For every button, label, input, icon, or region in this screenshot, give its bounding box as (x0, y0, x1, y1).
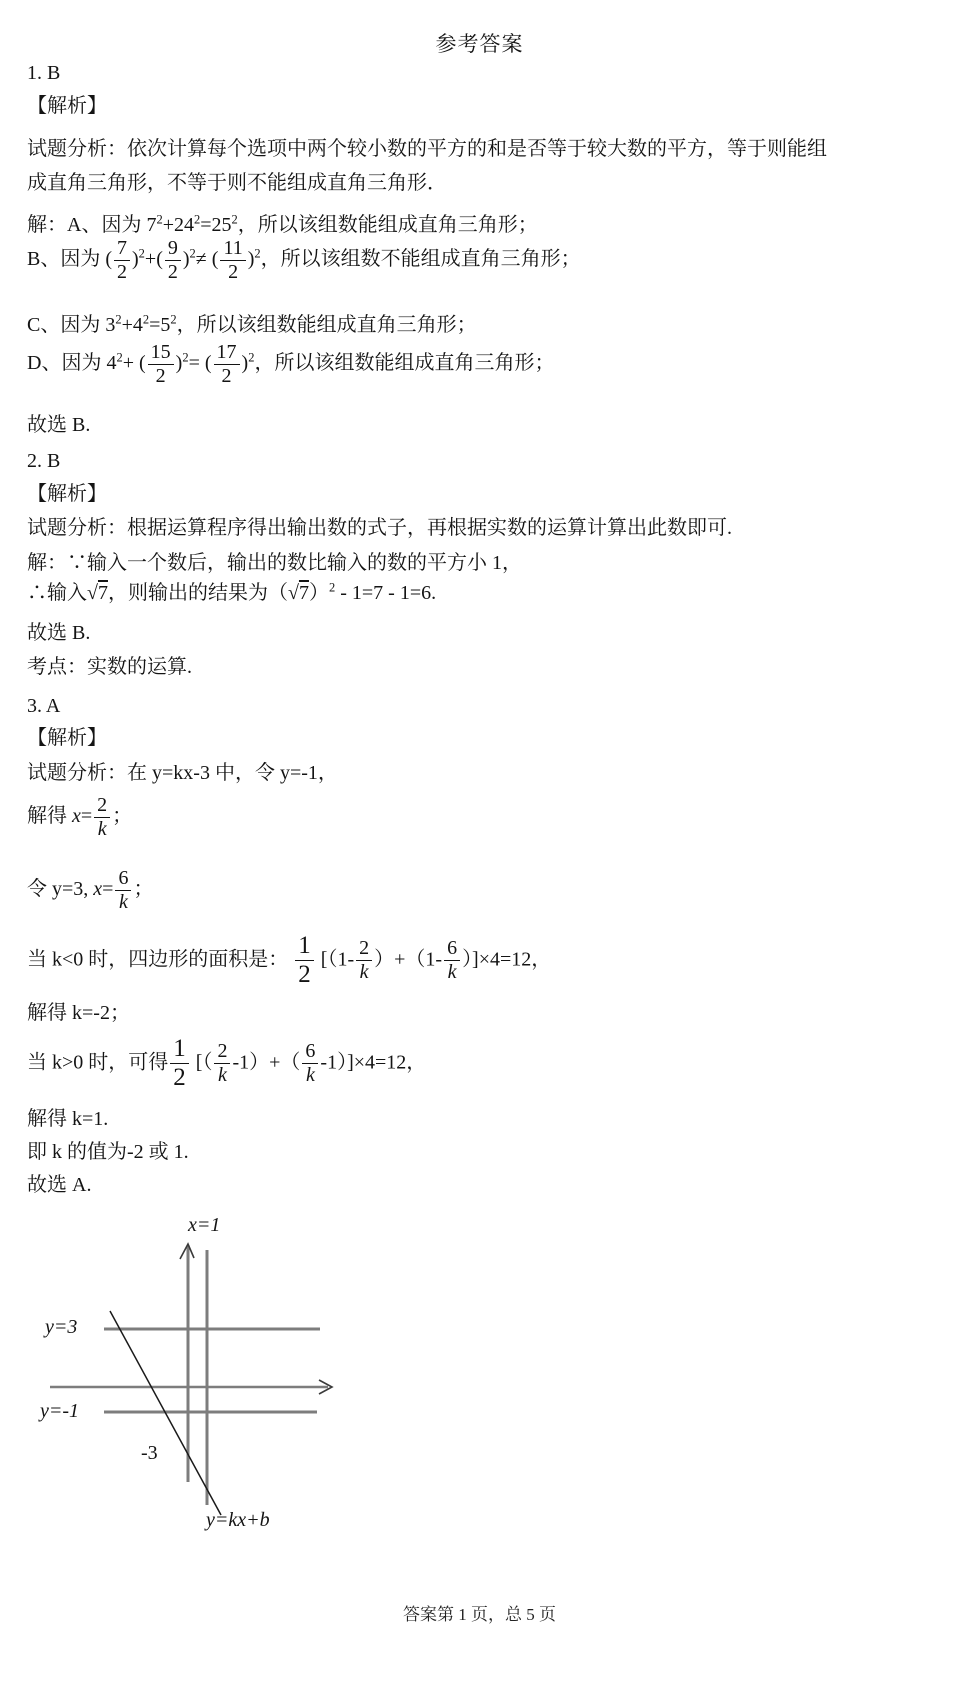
solve-k-positive: 解得 k=1. (27, 1106, 108, 1132)
answer-2: 2. B (27, 448, 60, 474)
label-y-equals-minus1: y=-1 (40, 1400, 79, 1423)
answer-1: 1. B (27, 60, 60, 86)
analysis-text-3: 试题分析：在 y=kx-3 中，令 y=-1， (27, 760, 338, 786)
solve-x-1: 解得 x=2k； (27, 795, 132, 840)
analysis-text-2: 试题分析：根据运算程序得出输出数的式子，再根据实数的运算计算出此数即可. (27, 515, 732, 541)
label-x-equals-1: x=1 (188, 1214, 220, 1237)
solution-option-b: B、因为 (72)2+(92)2≠ (112)2，所以该组数不能组成直角三角形； (27, 238, 581, 283)
label-y-equals-3: y=3 (45, 1316, 77, 1339)
area-equation-k-negative: 当 k<0 时，四边形的面积是： 12 [（1-2k）+（1-6k）]×4=12… (27, 933, 551, 989)
analysis-text-1a: 试题分析：依次计算每个选项中两个较小数的平方的和是否等于较大数的平方，等于则能组 (27, 136, 827, 162)
question3-figure: x=1 y=3 y=-1 -3 y=kx+b (20, 1212, 360, 1547)
analysis-label-2: 【解析】 (27, 481, 107, 507)
solution-option-d: D、因为 42+ (152)2= (172)2，所以该组数能组成直角三角形； (27, 342, 554, 387)
label-line-equation: y=kx+b (206, 1509, 270, 1532)
solve-k-negative: 解得 k=-2； (27, 1000, 130, 1026)
label-y-intercept-minus3: -3 (141, 1442, 158, 1465)
solve-x-2: 令 y=3, x=6k； (27, 868, 153, 913)
analysis-label-3: 【解析】 (27, 725, 107, 751)
analysis-label-1: 【解析】 (27, 93, 107, 119)
solution-2b: ∴输入√7，则输出的结果为（√7）2 - 1=7 - 1=6. (27, 580, 436, 606)
page-title: 参考答案 (0, 28, 959, 58)
coordinate-diagram (20, 1212, 360, 1547)
answer-sheet-page: { "title": "参考答案", "footer": "答案第 1 页，总 … (0, 0, 959, 1694)
conclusion-1: 故选 B. (27, 412, 90, 438)
solution-2a: 解：∵输入一个数后，输出的数比输入的数的平方小 1， (27, 550, 522, 576)
answer-3: 3. A (27, 693, 60, 719)
conclusion-2: 故选 B. (27, 620, 90, 646)
k-values-summary: 即 k 的值为-2 或 1. (27, 1139, 189, 1165)
key-point-2: 考点：实数的运算. (27, 654, 192, 680)
area-equation-k-positive: 当 k>0 时，可得12 [（2k-1）+（6k-1）]×4=12， (27, 1036, 426, 1092)
page-footer: 答案第 1 页，总 5 页 (0, 1600, 959, 1625)
solution-option-a: 解：A、因为 72+242=252，所以该组数能组成直角三角形； (27, 212, 538, 238)
analysis-text-1b: 成直角三角形，不等于则不能组成直角三角形． (27, 170, 447, 196)
solution-option-c: C、因为 32+42=52，所以该组数能组成直角三角形； (27, 312, 477, 338)
conclusion-3: 故选 A. (27, 1172, 91, 1198)
